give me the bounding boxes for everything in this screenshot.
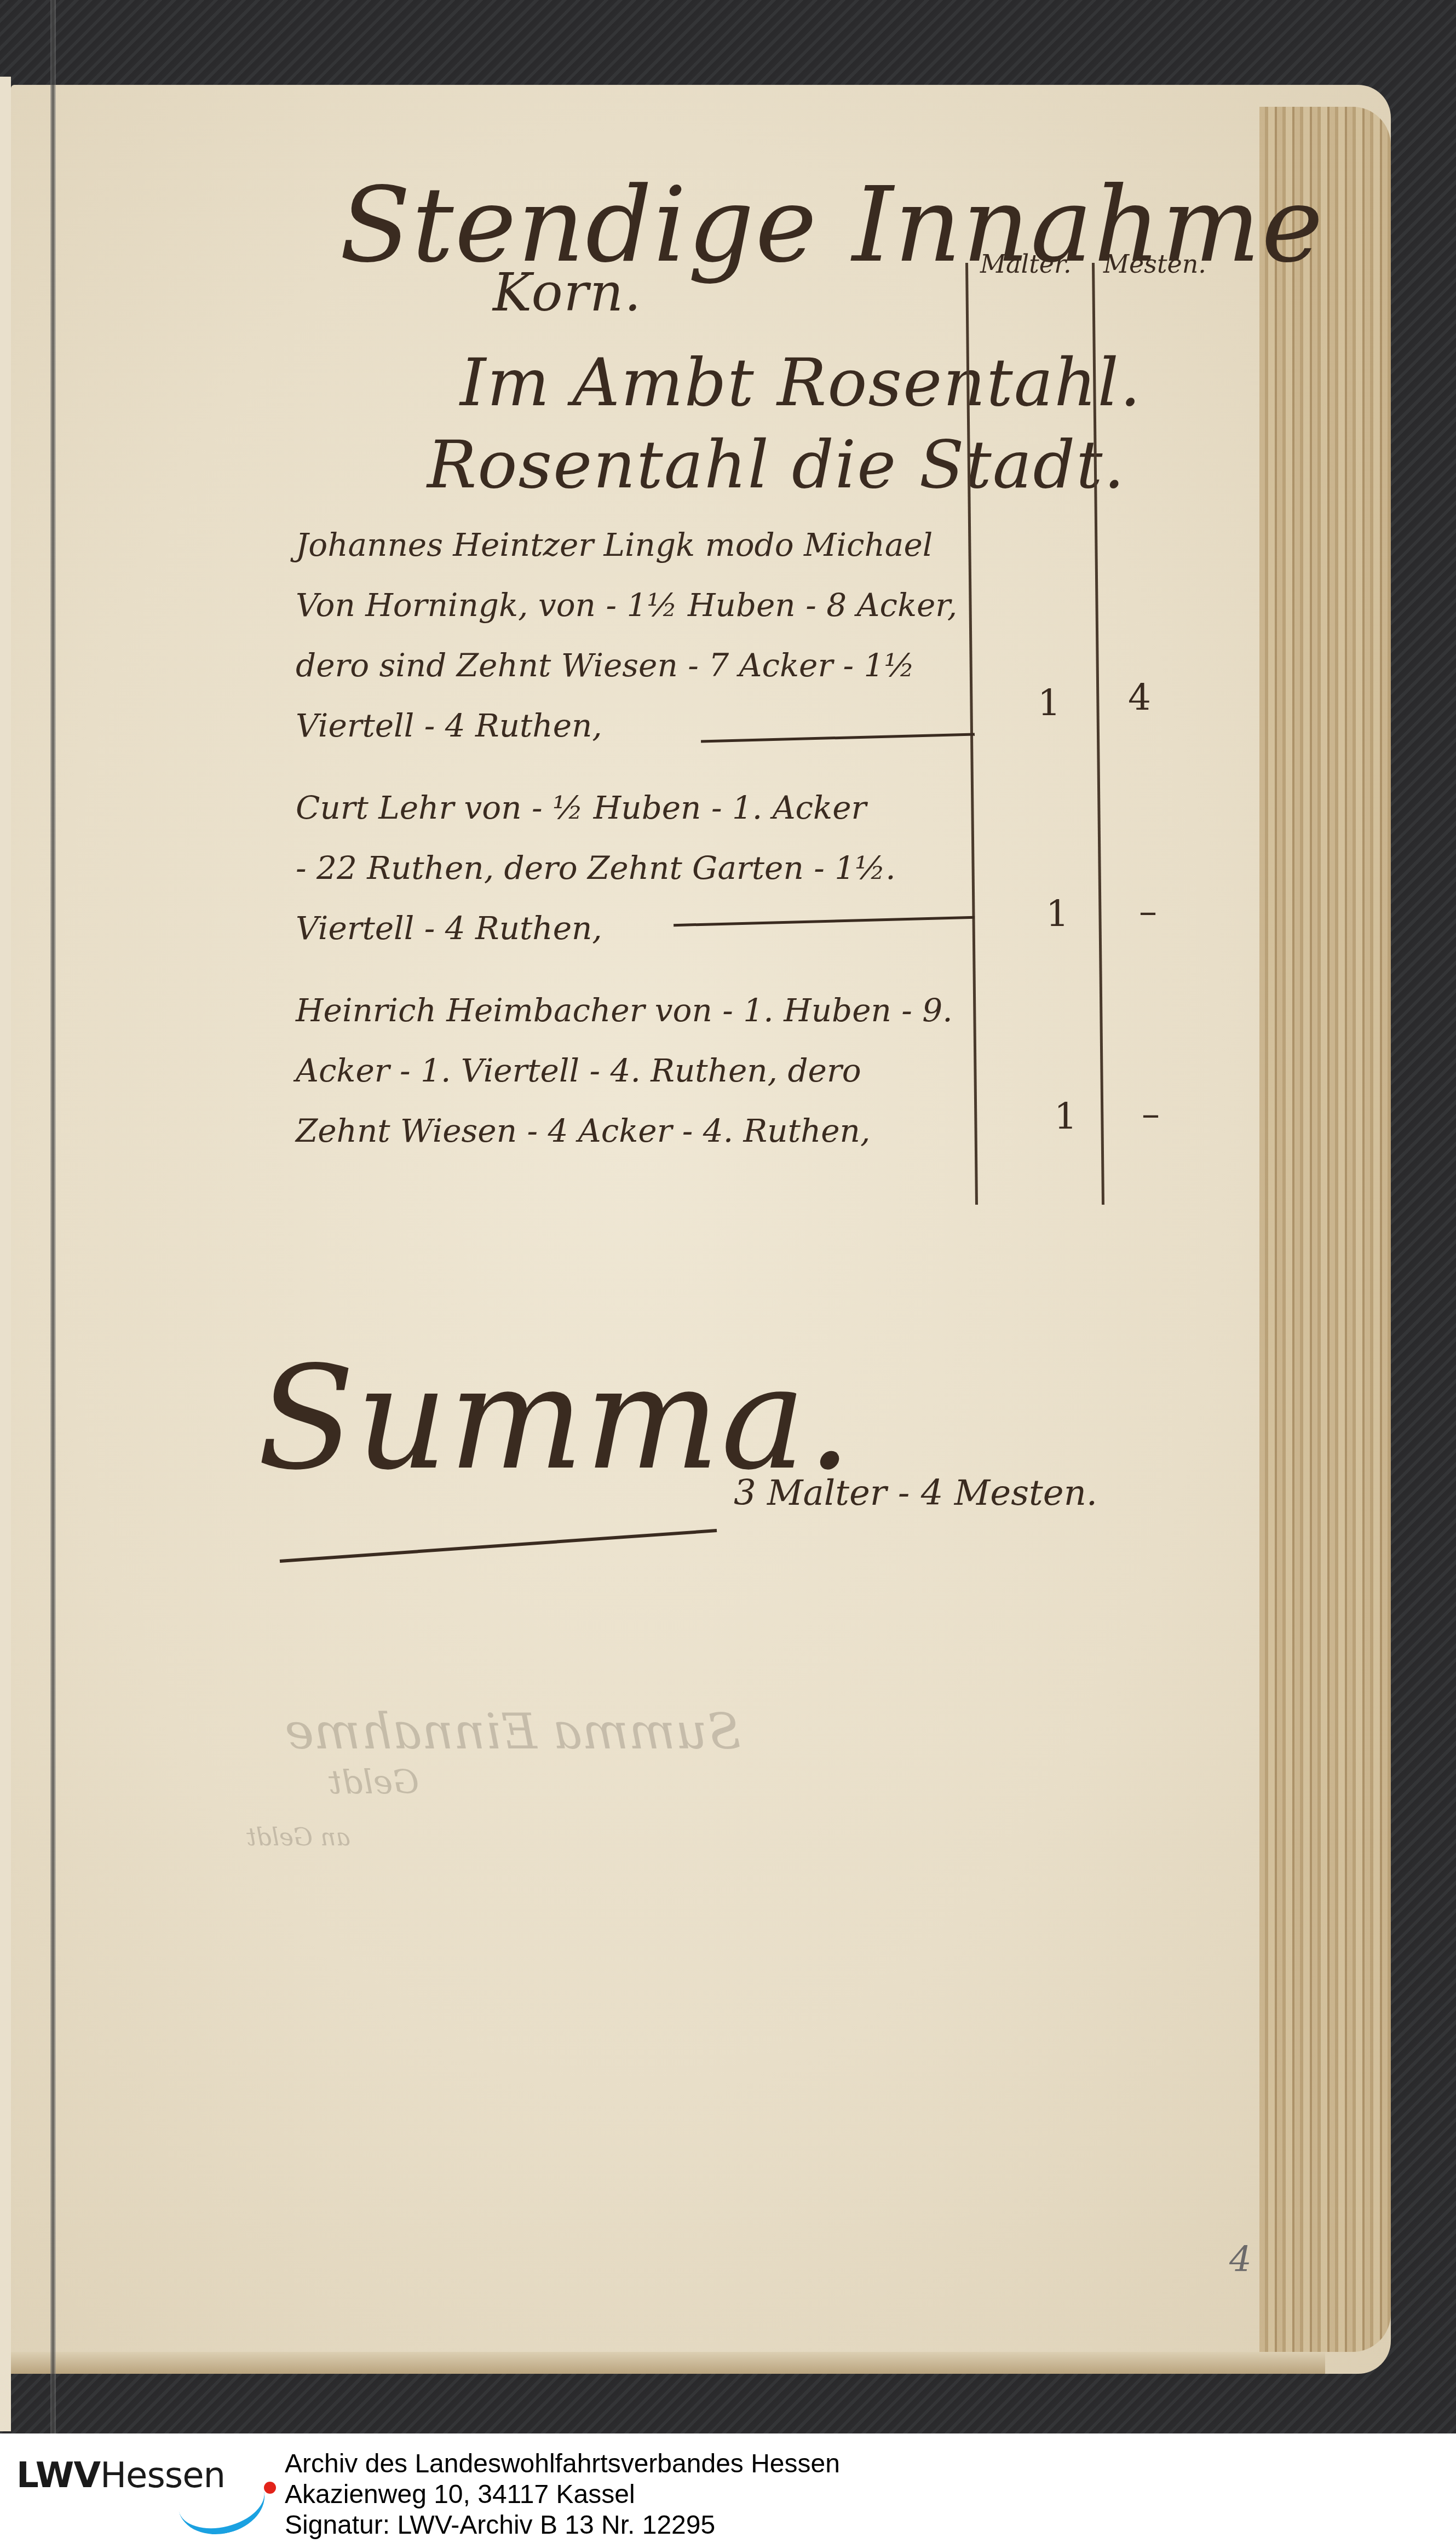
archive-info: Archiv des Landeswohlfahrtsverbandes Hes… (285, 2449, 840, 2541)
bleed-through-text: Summa Einnahme (285, 1703, 741, 1760)
entry-line: Acker - 1. Viertell - 4. Ruthen, dero (296, 1040, 953, 1101)
logo-wordmark: LWVHessen (16, 2455, 225, 2496)
entry-2: Curt Lehr von - ½ Huben - 1. Acker - 22 … (296, 778, 896, 958)
column-header-malter: Malter. (980, 249, 1072, 279)
pencil-folio-number: 4 (1229, 2240, 1252, 2280)
entry-3: Heinrich Heimbacher von - 1. Huben - 9. … (296, 980, 953, 1161)
bleed-through-text: Geldt (329, 1763, 419, 1802)
archive-footer: LWVHessen Archiv des Landeswohlfahrtsver… (0, 2433, 1456, 2543)
entry-3-malter: 1 (1054, 1095, 1077, 1137)
town-heading: Rosentahl die Stadt. (427, 427, 1126, 503)
bleed-through-text: an Geldt (246, 1823, 350, 1851)
manuscript-scan: Stendige Innahme Korn. Im Ambt Rosentahl… (0, 0, 1456, 2433)
entry-1-malter: 1 (1038, 682, 1061, 724)
page-subheading: Korn. (493, 263, 642, 323)
page-fore-edge (1259, 107, 1391, 2352)
district-heading: Im Ambt Rosentahl. (460, 345, 1142, 421)
entry-line: - 22 Ruthen, dero Zehnt Garten - 1½. (296, 838, 896, 898)
archive-signature: Signatur: LWV-Archiv B 13 Nr. 12295 (285, 2510, 840, 2541)
entry-line: Curt Lehr von - ½ Huben - 1. Acker (296, 778, 896, 838)
logo-dot-icon (264, 2482, 276, 2494)
entry-line: Johannes Heintzer Lingk modo Michael (296, 515, 957, 575)
entry-line: Zehnt Wiesen - 4 Acker - 4. Ruthen, (296, 1101, 953, 1161)
entry-3-mesten: – (1142, 1092, 1160, 1135)
previous-page-edge (0, 77, 11, 2431)
entry-1: Johannes Heintzer Lingk modo Michael Von… (296, 515, 957, 756)
archive-name: Archiv des Landeswohlfahrtsverbandes Hes… (285, 2449, 840, 2479)
entry-2-malter: 1 (1046, 893, 1069, 935)
entry-line: Von Horningk, von - 1½ Huben - 8 Acker, (296, 575, 957, 635)
entry-line: Viertell - 4 Ruthen, (296, 898, 896, 958)
scanner-glass-line (50, 0, 56, 2433)
logo-bold: LWV (16, 2455, 100, 2496)
entry-line: Heinrich Heimbacher von - 1. Huben - 9. (296, 980, 953, 1040)
column-header-mesten: Mesten. (1103, 249, 1206, 279)
entry-line: dero sind Zehnt Wiesen - 7 Acker - 1½ (296, 635, 957, 695)
archive-address: Akazienweg 10, 34117 Kassel (285, 2479, 840, 2510)
entry-line: Viertell - 4 Ruthen, (296, 695, 957, 756)
page-bottom-edge (11, 2352, 1325, 2374)
summa-value: 3 Malter - 4 Mesten. (734, 1473, 1097, 1514)
logo-regular: Hessen (100, 2455, 225, 2496)
entry-1-mesten: 4 (1128, 676, 1151, 718)
entry-2-mesten: – (1139, 890, 1157, 932)
lwv-hessen-logo: LWVHessen (16, 2455, 268, 2532)
